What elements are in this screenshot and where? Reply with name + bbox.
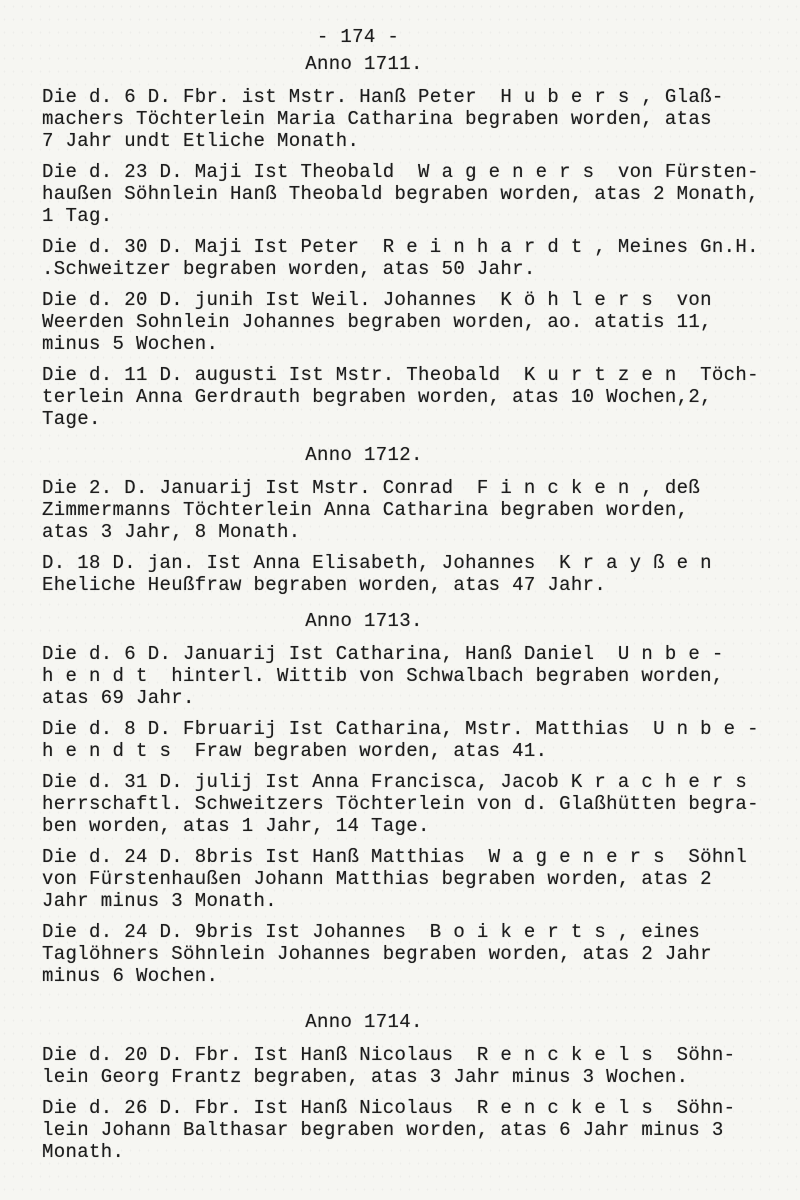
section-heading-1714: Anno 1714.: [42, 1011, 762, 1033]
burial-entry: Die d. 24 D. 9bris Ist Johannes B o i k …: [42, 921, 762, 987]
section-anno-1712: Anno 1712. Die 2. D. Januarij Ist Mstr. …: [42, 444, 762, 596]
burial-entry: D. 18 D. jan. Ist Anna Elisabeth, Johann…: [42, 552, 762, 596]
burial-entry: Die d. 8 D. Fbruarij Ist Catharina, Mstr…: [42, 718, 762, 762]
section-anno-1713: Anno 1713. Die d. 6 D. Januarij Ist Cath…: [42, 610, 762, 987]
burial-entry: Die d. 23 D. Maji Ist Theobald W a g e n…: [42, 161, 762, 227]
burial-entry: Die d. 26 D. Fbr. Ist Hanß Nicolaus R e …: [42, 1097, 762, 1163]
burial-entry: Die d. 6 D. Januarij Ist Catharina, Hanß…: [42, 643, 762, 709]
section-anno-1711: Anno 1711. Die d. 6 D. Fbr. ist Mstr. Ha…: [42, 53, 762, 430]
burial-entry: Die 2. D. Januarij Ist Mstr. Conrad F i …: [42, 477, 762, 543]
page-number: - 174 -: [42, 26, 762, 48]
section-anno-1714: Anno 1714. Die d. 20 D. Fbr. Ist Hanß Ni…: [42, 1011, 762, 1163]
burial-entry: Die d. 20 D. Fbr. Ist Hanß Nicolaus R e …: [42, 1044, 762, 1088]
burial-entry: Die d. 30 D. Maji Ist Peter R e i n h a …: [42, 236, 762, 280]
burial-entry: Die d. 24 D. 8bris Ist Hanß Matthias W a…: [42, 846, 762, 912]
section-heading-1712: Anno 1712.: [42, 444, 762, 466]
burial-entry: Die d. 6 D. Fbr. ist Mstr. Hanß Peter H …: [42, 86, 762, 152]
section-heading-1711: Anno 1711.: [42, 53, 762, 75]
burial-entry: Die d. 11 D. augusti Ist Mstr. Theobald …: [42, 364, 762, 430]
document-page: - 174 - Anno 1711. Die d. 6 D. Fbr. ist …: [0, 0, 800, 1200]
section-heading-1713: Anno 1713.: [42, 610, 762, 632]
burial-entry: Die d. 20 D. junih Ist Weil. Johannes K …: [42, 289, 762, 355]
burial-entry: Die d. 31 D. julij Ist Anna Francisca, J…: [42, 771, 762, 837]
